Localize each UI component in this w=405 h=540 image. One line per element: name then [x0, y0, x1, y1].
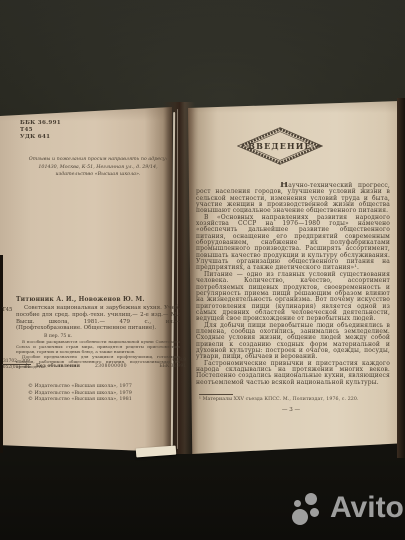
publisher-address-note: Отзывы и пожелания просим направлять по …	[24, 156, 172, 179]
paper-scrap	[136, 446, 177, 458]
classification-block: ББК 36.991 Т45 УДК 641	[20, 120, 61, 140]
book-photo: ББК 36.991 Т45 УДК 641 Отзывы и пожелани…	[0, 0, 405, 540]
avito-watermark-label: Avito	[330, 491, 404, 525]
address-line: 101430, Москва, К-51, Неглинная ул., д. …	[24, 164, 172, 172]
footnote: ¹ Материалы XXV съезда КПСС. М., Политиз…	[199, 397, 389, 402]
copyright-block: © Издательство «Высшая школа», 1977 © Из…	[28, 383, 132, 403]
book-cover-edge-right	[397, 98, 405, 458]
book-cover-edge-left	[0, 255, 3, 453]
avito-watermark: Avito	[292, 488, 404, 528]
copyright-line: © Издательство «Высшая школа», 1977	[28, 383, 132, 390]
page-number: — 3 —	[196, 407, 386, 413]
right-index-block: 6П8.9 ББК 36.991	[159, 358, 186, 370]
body-paragraph: В «Основных направлениях развития народн…	[196, 215, 390, 272]
body-paragraph: Гастрономические привычки и пристрастия …	[196, 361, 390, 386]
copyright-line: © Издательство «Высшая школа», 1981	[28, 396, 132, 403]
introduction-text: Научно-технический прогресс, рост населе…	[196, 182, 390, 393]
catalog-fraction: 31702—309 052(01)—81	[2, 359, 31, 370]
annotation-paragraph: В пособии раскрываются особенности нацио…	[16, 340, 180, 355]
page-edge-highlight	[177, 109, 178, 449]
address-line: Отзывы и пожелания просим направлять по …	[24, 156, 172, 164]
intro-paragraph-text: аучно-технический прогресс, рост населен…	[196, 182, 390, 214]
udk-code: УДК 641	[20, 134, 61, 141]
intro-paragraph: Научно-технический прогресс, рост населе…	[196, 182, 390, 215]
address-line: издательство «Высшая школа».	[24, 171, 172, 179]
body-paragraph: Питание — одно из главных условий сущест…	[196, 272, 390, 323]
t-code: Т45	[20, 127, 61, 134]
bibliographic-entry: Советская национальная и зарубежная кухн…	[16, 305, 180, 332]
fraction-denominator: 052(01)—81	[2, 365, 31, 370]
footnote-rule	[199, 394, 233, 395]
no-announcement-label: Без объявления	[36, 364, 80, 369]
avito-logo-icon	[292, 488, 330, 528]
bbk-code: ББК 36.991	[20, 120, 61, 127]
bbk-index: ББК 36.991	[159, 364, 186, 370]
book-gutter	[163, 102, 195, 454]
order-number: 2308000000	[95, 364, 127, 369]
body-paragraph: Для добычи пищи первобытные люди объедин…	[196, 323, 390, 361]
authors-line: Титюнник А. И., Новоженов Ю. М.	[16, 296, 145, 303]
catalog-index: Т45	[2, 307, 12, 313]
chapter-title: ВВЕДЕНИЕ	[237, 127, 323, 165]
